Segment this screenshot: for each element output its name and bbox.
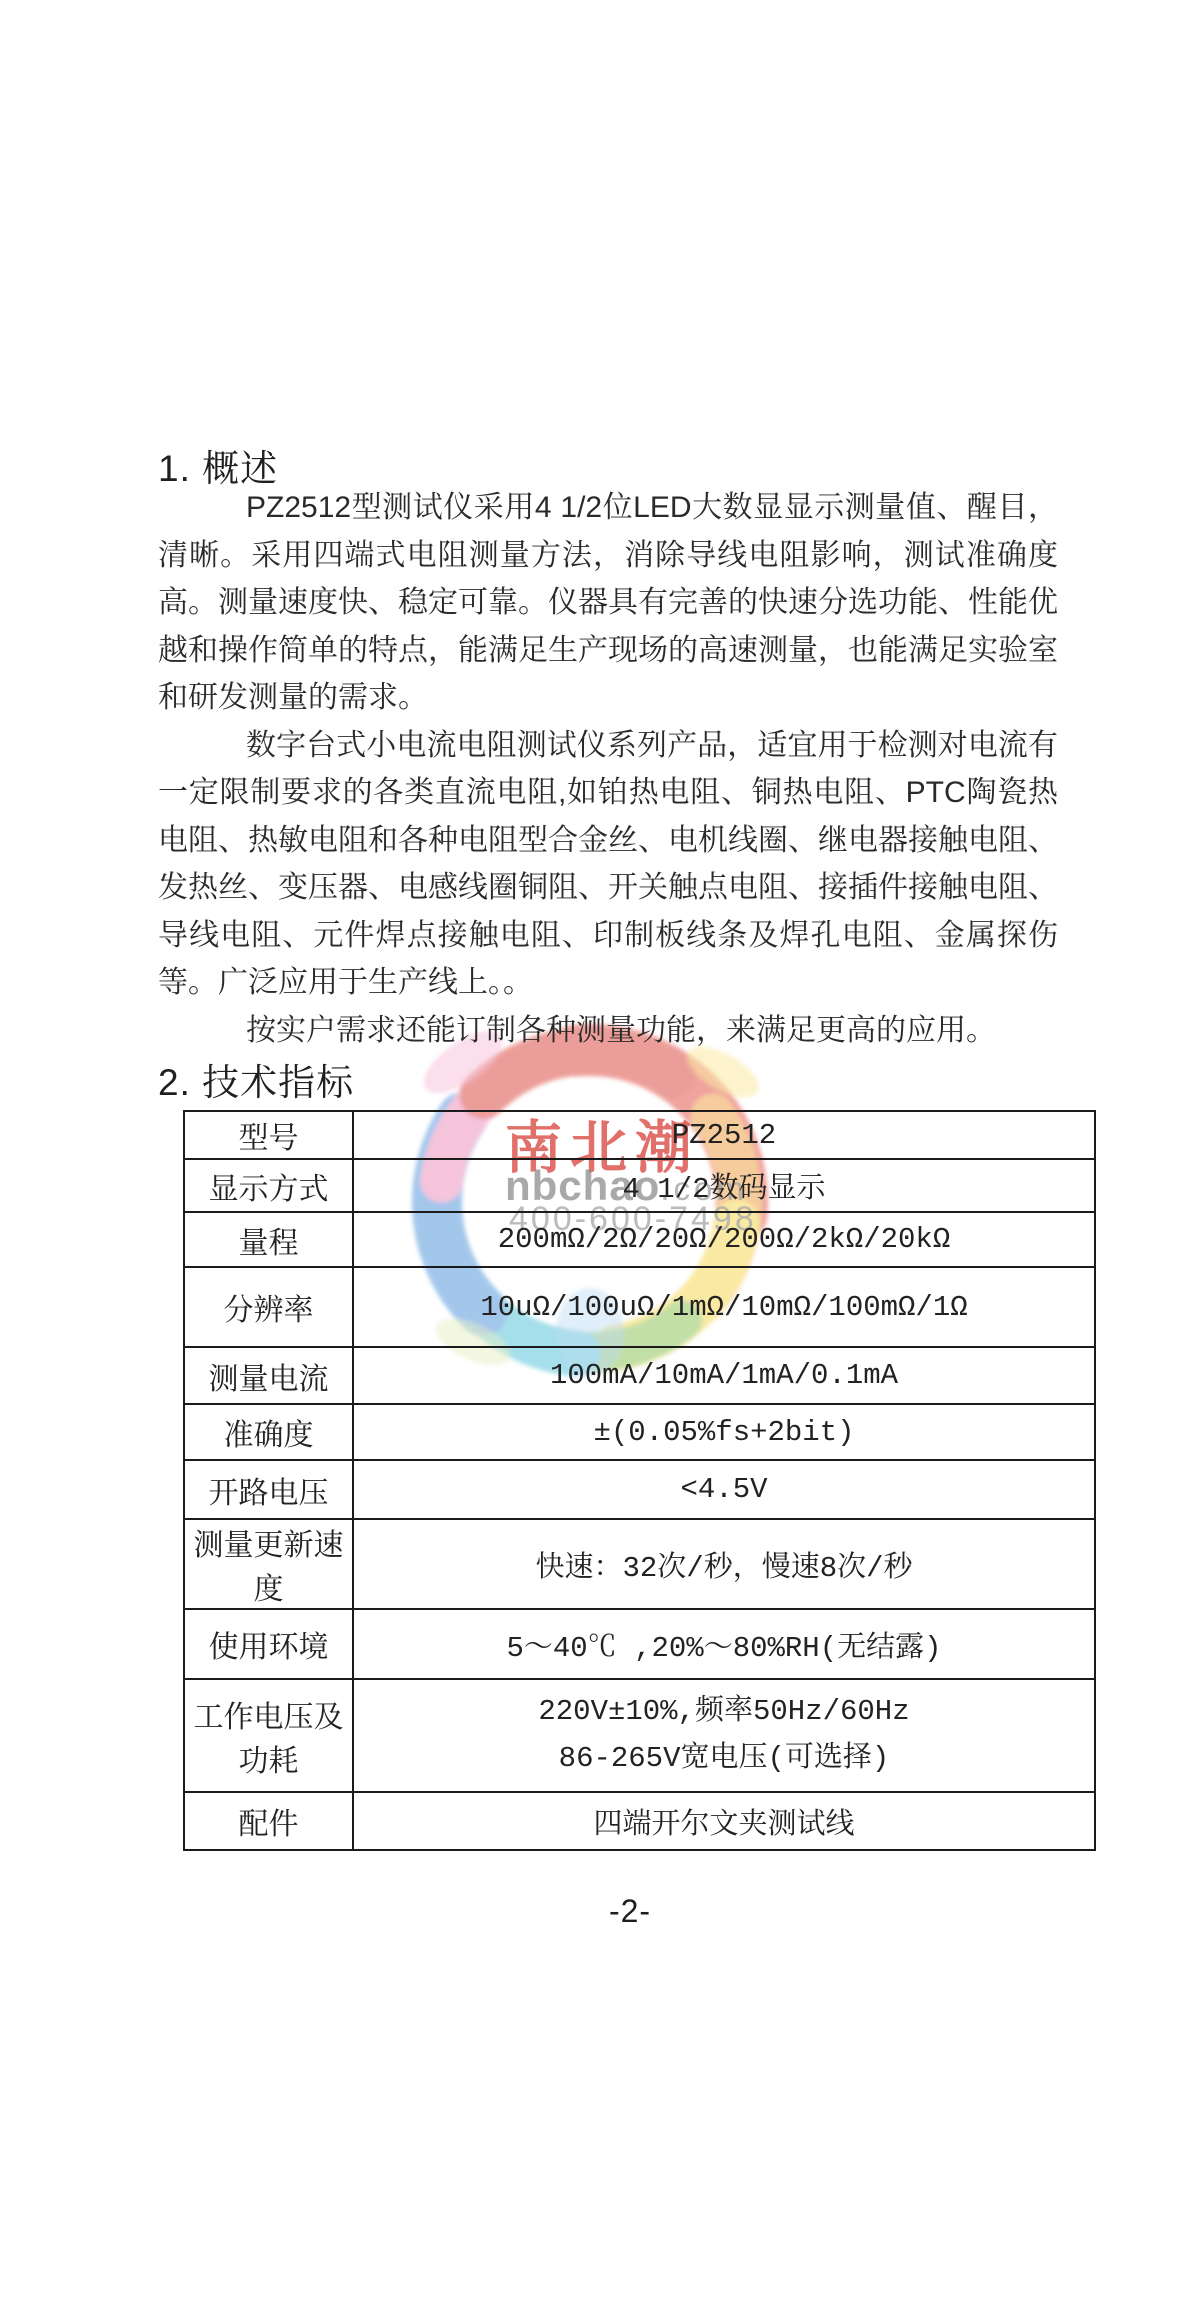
spec-value-cell: 快速：32次/秒，慢速8次/秒 — [353, 1519, 1095, 1609]
spec-row-accessories: 配件 四端开尔文夹测试线 — [184, 1792, 1095, 1850]
spec-value-cell: <4.5V — [353, 1460, 1095, 1519]
overview-text-block: PZ2512型测试仪采用4 1/2位LED大数显显示测量值、醒目，清晰。采用四端… — [158, 484, 1058, 1054]
spec-value-line-1: 220V±10%,频率50Hz/60Hz — [354, 1689, 1094, 1736]
spec-label-cell: 准确度 — [184, 1404, 353, 1460]
spec-row-resolution: 分辨率 10uΩ/100uΩ/1mΩ/10mΩ/100mΩ/1Ω — [184, 1267, 1095, 1347]
spec-row-current: 测量电流 100mA/10mA/1mA/0.1mA — [184, 1347, 1095, 1404]
spec-label-cell: 型号 — [184, 1111, 353, 1159]
spec-label-cell: 配件 — [184, 1792, 353, 1850]
spec-row-power: 工作电压及功耗 220V±10%,频率50Hz/60Hz 86-265V宽电压(… — [184, 1679, 1095, 1792]
spec-label-cell: 测量电流 — [184, 1347, 353, 1404]
spec-value-cell: ±(0.05%fs+2bit) — [353, 1404, 1095, 1460]
spec-value-cell: 四端开尔文夹测试线 — [353, 1792, 1095, 1850]
page-number: -2- — [0, 1893, 1200, 1930]
spec-value-cell: 100mA/10mA/1mA/0.1mA — [353, 1347, 1095, 1404]
spec-row-display: 显示方式 4 1/2数码显示 — [184, 1159, 1095, 1212]
spec-value-cell: 200mΩ/2Ω/20Ω/200Ω/2kΩ/20kΩ — [353, 1212, 1095, 1267]
overview-paragraph-3: 按实户需求还能订制各种测量功能，来满足更高的应用。 — [158, 1007, 1058, 1055]
document-page: 南北潮 nbchao.com 400-600-7498 1. 概述 PZ2512… — [0, 0, 1200, 2300]
spec-value-cell: 10uΩ/100uΩ/1mΩ/10mΩ/100mΩ/1Ω — [353, 1267, 1095, 1347]
spec-row-range: 量程 200mΩ/2Ω/20Ω/200Ω/2kΩ/20kΩ — [184, 1212, 1095, 1267]
spec-label-cell: 工作电压及功耗 — [184, 1679, 353, 1792]
overview-paragraph-1: PZ2512型测试仪采用4 1/2位LED大数显显示测量值、醒目，清晰。采用四端… — [158, 484, 1058, 722]
spec-label-cell: 开路电压 — [184, 1460, 353, 1519]
spec-label-cell: 使用环境 — [184, 1609, 353, 1679]
specs-table: 型号 PZ2512 显示方式 4 1/2数码显示 量程 200mΩ/2Ω/20Ω… — [183, 1110, 1096, 1851]
spec-value-line-2: 86-265V宽电压(可选择) — [354, 1736, 1094, 1783]
spec-row-model: 型号 PZ2512 — [184, 1111, 1095, 1159]
spec-label-cell: 测量更新速度 — [184, 1519, 353, 1609]
spec-row-open-voltage: 开路电压 <4.5V — [184, 1460, 1095, 1519]
spec-value-cell: PZ2512 — [353, 1111, 1095, 1159]
spec-value-cell: 220V±10%,频率50Hz/60Hz 86-265V宽电压(可选择) — [353, 1679, 1095, 1792]
spec-row-environment: 使用环境 5～40℃ ,20%～80%RH(无结露) — [184, 1609, 1095, 1679]
section-2-heading: 2. 技术指标 — [158, 1052, 354, 1106]
spec-value-cell: 5～40℃ ,20%～80%RH(无结露) — [353, 1609, 1095, 1679]
spec-label-cell: 量程 — [184, 1212, 353, 1267]
spec-row-accuracy: 准确度 ±(0.05%fs+2bit) — [184, 1404, 1095, 1460]
spec-label-cell: 分辨率 — [184, 1267, 353, 1347]
spec-value-cell: 4 1/2数码显示 — [353, 1159, 1095, 1212]
overview-paragraph-2: 数字台式小电流电阻测试仪系列产品，适宜用于检测对电流有一定限制要求的各类直流电阻… — [158, 722, 1058, 1007]
spec-label-cell: 显示方式 — [184, 1159, 353, 1212]
spec-row-update-rate: 测量更新速度 快速：32次/秒，慢速8次/秒 — [184, 1519, 1095, 1609]
